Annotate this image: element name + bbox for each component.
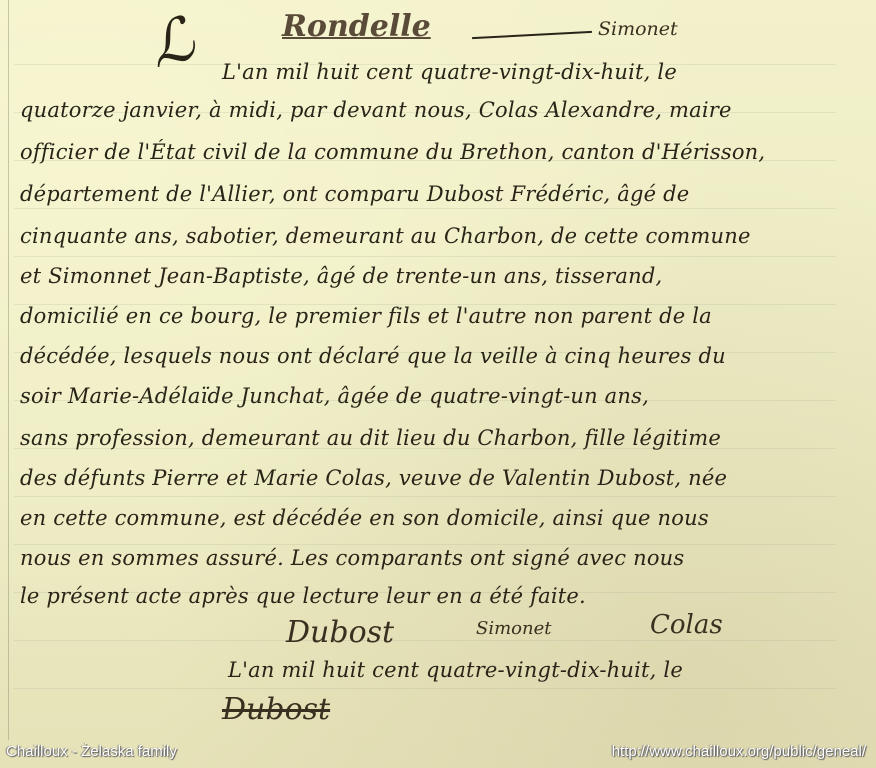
margin-line (8, 0, 9, 740)
text-line-7: domicilié en ce bourg, le premier fils e… (20, 306, 712, 327)
signature-dash (472, 31, 592, 39)
text-line-9: soir Marie-Adélaïde Junchat, âgée de qua… (20, 386, 649, 407)
next-entry-line: L'an mil huit cent quatre-vingt-dix-huit… (228, 660, 683, 681)
ruled-line (14, 640, 836, 641)
text-line-2: quatorze janvier, à midi, par devant nou… (20, 100, 732, 121)
text-line-13: nous en sommes assuré. Les comparants on… (20, 548, 684, 569)
document-scan: ℒ Rondelle Simonet L'an mil huit cent qu… (0, 0, 876, 768)
text-line-3: officier de l'État civil de la commune d… (20, 142, 765, 163)
ruled-line (14, 256, 836, 257)
signature-simonet-top: Simonet (598, 20, 678, 39)
text-line-10: sans profession, demeurant au dit lieu d… (20, 428, 721, 449)
signature-simonet-bottom: Simonet (476, 620, 551, 638)
text-line-8: décédée, lesquels nous ont déclaré que l… (20, 346, 726, 367)
struck-signature-dubost: Dubost (222, 695, 330, 725)
ruled-line (14, 496, 836, 497)
text-line-14: le présent acte après que lecture leur e… (20, 586, 586, 607)
ruled-line (14, 544, 836, 545)
footer-family-label: Chailloux - Żelaska family (6, 743, 177, 760)
signature-dubost: Dubost (286, 618, 394, 648)
signature-rondelle: Rondelle (282, 12, 431, 42)
footer-url: http://www.chailloux.org/public/geneal/ (612, 743, 866, 760)
text-line-1: L'an mil huit cent quatre-vingt-dix-huit… (222, 62, 677, 83)
signature-colas: Colas (650, 612, 723, 638)
ruled-line (14, 688, 836, 689)
ruled-line (14, 208, 836, 209)
flourish-l-ornament: ℒ (142, 4, 202, 83)
text-line-12: en cette commune, est décédée en son dom… (20, 508, 709, 529)
text-line-6: et Simonnet Jean-Baptiste, âgé de trente… (20, 266, 662, 287)
text-line-11: des défunts Pierre et Marie Colas, veuve… (20, 468, 727, 489)
text-line-4: département de l'Allier, ont comparu Dub… (20, 184, 689, 205)
text-line-5: cinquante ans, sabotier, demeurant au Ch… (20, 226, 751, 247)
